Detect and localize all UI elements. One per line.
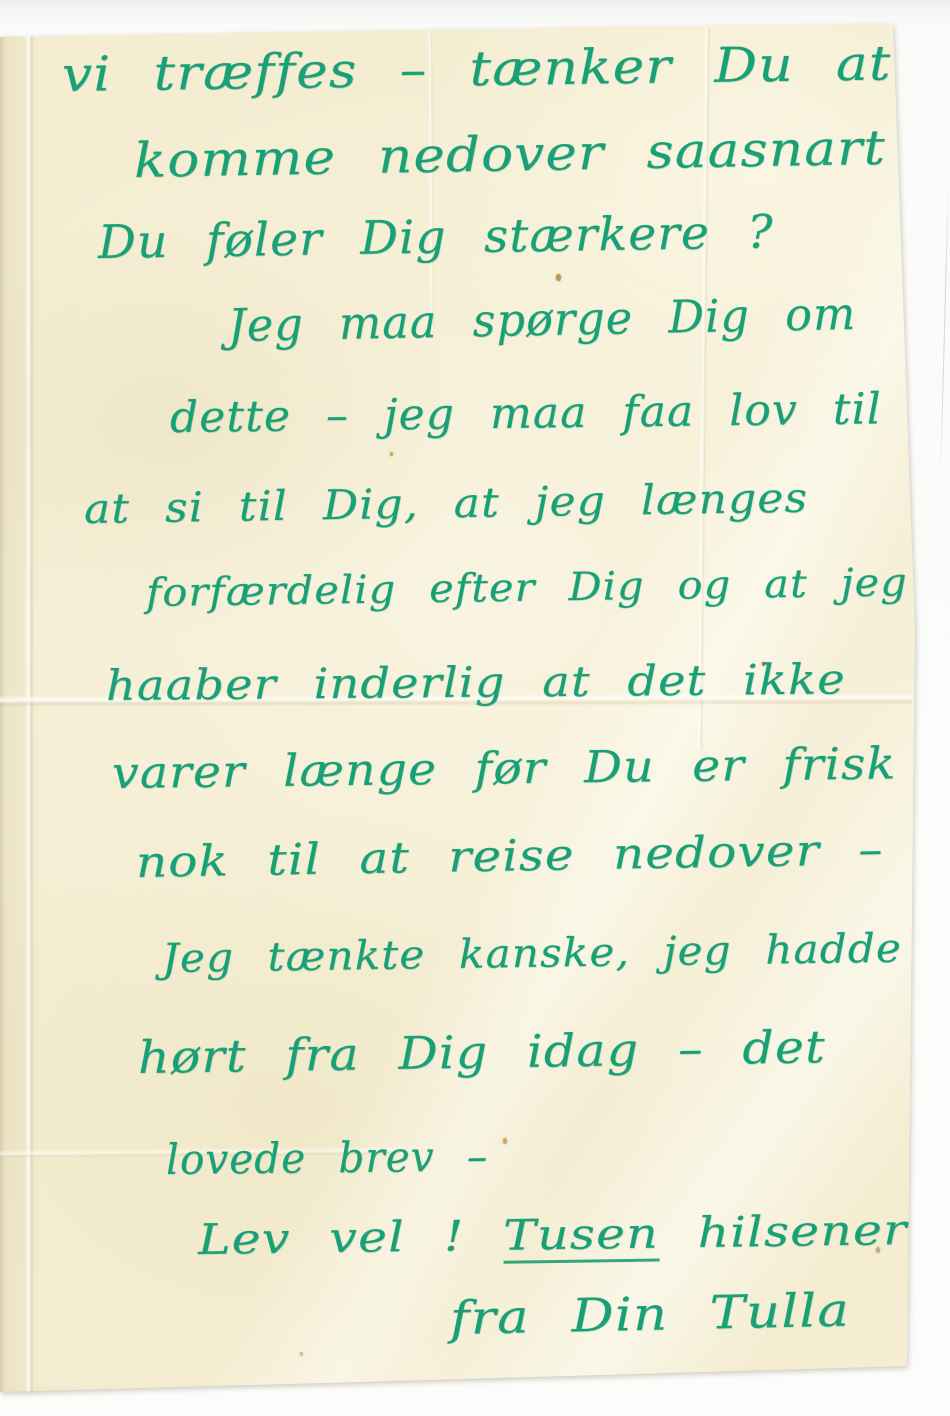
handwriting-segment: haaber inderlig at det ikke	[106, 655, 846, 710]
letter-paper: vi træffes – tænker Du atkomme nedover s…	[0, 0, 950, 1416]
handwriting-segment: forfærdelig efter Dig og at jeg	[146, 560, 908, 616]
handwriting-line: dette – jeg maa faa lov til	[170, 385, 882, 443]
handwriting-segment: lovede brev –	[166, 1132, 489, 1184]
letter-text: vi træffes – tænker Du atkomme nedover s…	[0, 0, 950, 1416]
handwriting-line: haaber inderlig at det ikke	[106, 656, 846, 711]
handwriting-line: Lev vel ! Tusen hilsener	[198, 1206, 908, 1264]
handwriting-line: fra Din Tulla	[449, 1284, 850, 1345]
handwriting-line: Jeg tænkte kanske, jeg hadde	[162, 926, 903, 982]
handwriting-segment: Lev vel !	[198, 1211, 504, 1264]
handwriting-line: hørt fra Dig idag – det	[138, 1021, 827, 1084]
handwriting-line: lovede brev –	[166, 1133, 489, 1185]
handwriting-segment: nok til at reise nedover –	[136, 825, 884, 888]
handwriting-line: Jeg maa spørge Dig om	[228, 288, 857, 352]
handwriting-line: komme nedover saasnart	[134, 121, 887, 189]
paper-shadow-wrap: vi træffes – tænker Du atkomme nedover s…	[0, 0, 950, 1416]
handwriting-segment: vi træffes – tænker Du at	[62, 35, 892, 103]
handwriting-segment: hørt fra Dig idag – det	[138, 1020, 827, 1084]
handwriting-line: varer længe før Du er frisk	[112, 739, 897, 799]
handwriting-segment: Jeg maa spørge Dig om	[227, 287, 856, 352]
handwriting-segment: hilsener	[659, 1205, 908, 1257]
handwriting-segment: fra Din Tulla	[449, 1283, 850, 1345]
handwriting-segment: at si til Dig, at jeg længes	[84, 474, 809, 533]
scan-background: vi træffes – tænker Du atkomme nedover s…	[0, 0, 950, 1416]
handwriting-line: forfærdelig efter Dig og at jeg	[146, 561, 908, 616]
handwriting-line: vi træffes – tænker Du at	[62, 36, 892, 103]
handwriting-segment: komme nedover saasnart	[134, 120, 887, 189]
handwriting-line: nok til at reise nedover –	[136, 826, 884, 888]
handwriting-line: Du føler Dig stærkere ?	[98, 205, 775, 268]
underlined-word: Tusen	[503, 1209, 659, 1264]
handwriting-segment: Jeg tænkte kanske, jeg hadde	[162, 926, 903, 982]
handwriting-segment: dette – jeg maa faa lov til	[170, 384, 882, 443]
handwriting-segment: varer længe før Du er frisk	[112, 738, 897, 799]
handwriting-segment: Du føler Dig stærkere ?	[98, 204, 775, 269]
handwriting-line: at si til Dig, at jeg længes	[84, 475, 809, 534]
